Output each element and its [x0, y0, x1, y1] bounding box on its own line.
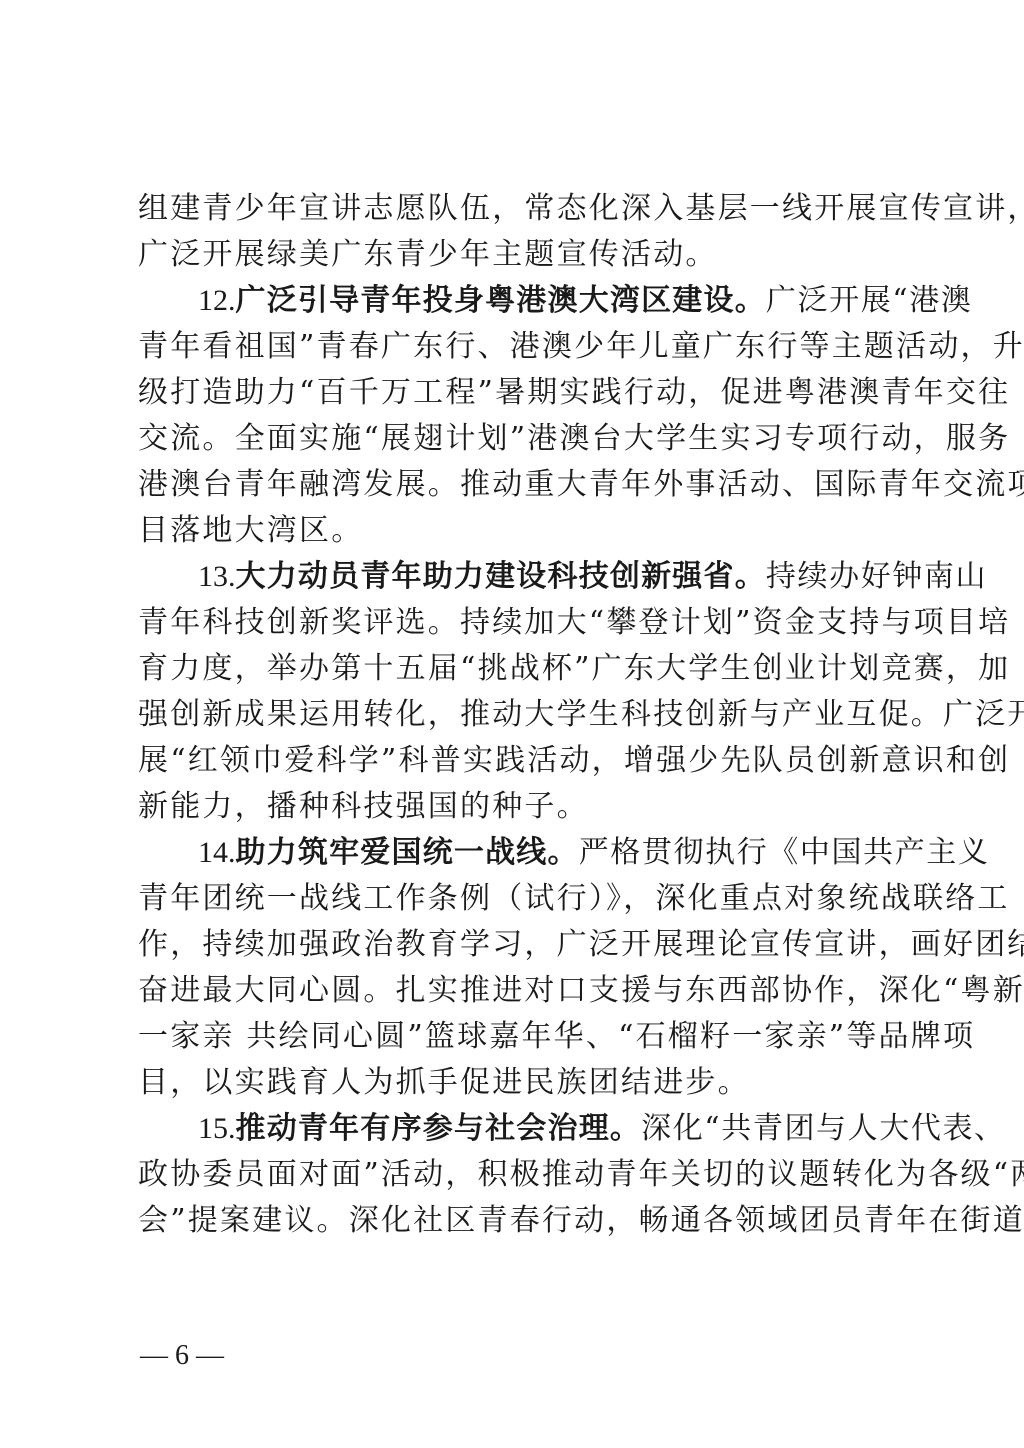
section-heading: 15.推动青年有序参与社会治理。	[198, 1111, 641, 1146]
intro-paragraph: 组建青少年宣讲志愿队伍，常态化深入基层一线开展宣传宣讲， 广泛开展绿美广东青少年…	[138, 186, 914, 278]
text-line: 级打造助力“百千万工程”暑期实践行动，促进粤港澳青年交往	[138, 370, 914, 416]
text-line: 港澳台青年融湾发展。推动重大青年外事活动、国际青年交流项	[138, 462, 914, 508]
section-number: 15.	[198, 1112, 236, 1145]
section-14: 14.助力筑牢爱国统一战线。严格贯彻执行《中国共产主义 青年团统一战线工作条例（…	[138, 830, 914, 1106]
section-first-line: 15.推动青年有序参与社会治理。深化“共青团与人大代表、	[138, 1106, 914, 1152]
section-heading: 14.助力筑牢爱国统一战线。	[198, 835, 579, 870]
page-number: — 6 —	[140, 1336, 224, 1376]
text-line: 广泛开展绿美广东青少年主题宣传活动。	[138, 232, 914, 278]
text-line: 交流。全面实施“展翅计划”港澳台大学生实习专项行动，服务	[138, 416, 914, 462]
document-page: 组建青少年宣讲志愿队伍，常态化深入基层一线开展宣传宣讲， 广泛开展绿美广东青少年…	[138, 186, 914, 1244]
section-13: 13.大力动员青年助力建设科技创新强省。持续办好钟南山 青年科技创新奖评选。持续…	[138, 554, 914, 830]
text-line: 青年看祖国”青春广东行、港澳少年儿童广东行等主题活动，升	[138, 324, 914, 370]
section-heading: 13.大力动员青年助力建设科技创新强省。	[198, 559, 766, 594]
section-text: 严格贯彻执行《中国共产主义	[579, 835, 990, 870]
section-heading: 12.广泛引导青年投身粤港澳大湾区建设。	[198, 283, 766, 318]
text-line: 展“红领巾爱科学”科普实践活动，增强少先队员创新意识和创	[138, 738, 914, 784]
text-line: 会”提案建议。深化社区青春行动，畅通各领域团员青年在街道、	[138, 1198, 914, 1244]
text-line: 政协委员面对面”活动，积极推动青年关切的议题转化为各级“两	[138, 1152, 914, 1198]
section-heading-text: 大力动员青年助力建设科技创新强省。	[236, 559, 766, 594]
section-heading-text: 推动青年有序参与社会治理。	[236, 1111, 642, 1146]
section-12: 12.广泛引导青年投身粤港澳大湾区建设。广泛开展“港澳 青年看祖国”青春广东行、…	[138, 278, 914, 554]
section-15: 15.推动青年有序参与社会治理。深化“共青团与人大代表、 政协委员面对面”活动，…	[138, 1106, 914, 1244]
section-first-line: 13.大力动员青年助力建设科技创新强省。持续办好钟南山	[138, 554, 914, 600]
text-line: 育力度，举办第十五届“挑战杯”广东大学生创业计划竞赛，加	[138, 646, 914, 692]
section-first-line: 12.广泛引导青年投身粤港澳大湾区建设。广泛开展“港澳	[138, 278, 914, 324]
section-text: 深化“共青团与人大代表、	[641, 1111, 1006, 1146]
section-number: 13.	[198, 560, 236, 593]
text-line: 组建青少年宣讲志愿队伍，常态化深入基层一线开展宣传宣讲，	[138, 186, 914, 232]
text-line: 青年科技创新奖评选。持续加大“攀登计划”资金支持与项目培	[138, 600, 914, 646]
section-text: 广泛开展“港澳	[766, 283, 973, 318]
section-heading-text: 助力筑牢爱国统一战线。	[236, 835, 579, 870]
text-line: 目，以实践育人为抓手促进民族团结进步。	[138, 1060, 914, 1106]
text-line: 奋进最大同心圆。扎实推进对口支援与东西部协作，深化“粤新	[138, 968, 914, 1014]
section-number: 12.	[198, 284, 236, 317]
text-line: 目落地大湾区。	[138, 508, 914, 554]
text-line: 新能力，播种科技强国的种子。	[138, 784, 914, 830]
text-line: 强创新成果运用转化，推动大学生科技创新与产业互促。广泛开	[138, 692, 914, 738]
section-first-line: 14.助力筑牢爱国统一战线。严格贯彻执行《中国共产主义	[138, 830, 914, 876]
section-number: 14.	[198, 836, 236, 869]
section-text: 持续办好钟南山	[766, 559, 987, 594]
text-line: 青年团统一战线工作条例（试行）》，深化重点对象统战联络工	[138, 876, 914, 922]
text-line: 一家亲 共绘同心圆”篮球嘉年华、“石榴籽一家亲”等品牌项	[138, 1014, 914, 1060]
section-heading-text: 广泛引导青年投身粤港澳大湾区建设。	[236, 283, 766, 318]
text-line: 作，持续加强政治教育学习，广泛开展理论宣传宣讲，画好团结	[138, 922, 914, 968]
